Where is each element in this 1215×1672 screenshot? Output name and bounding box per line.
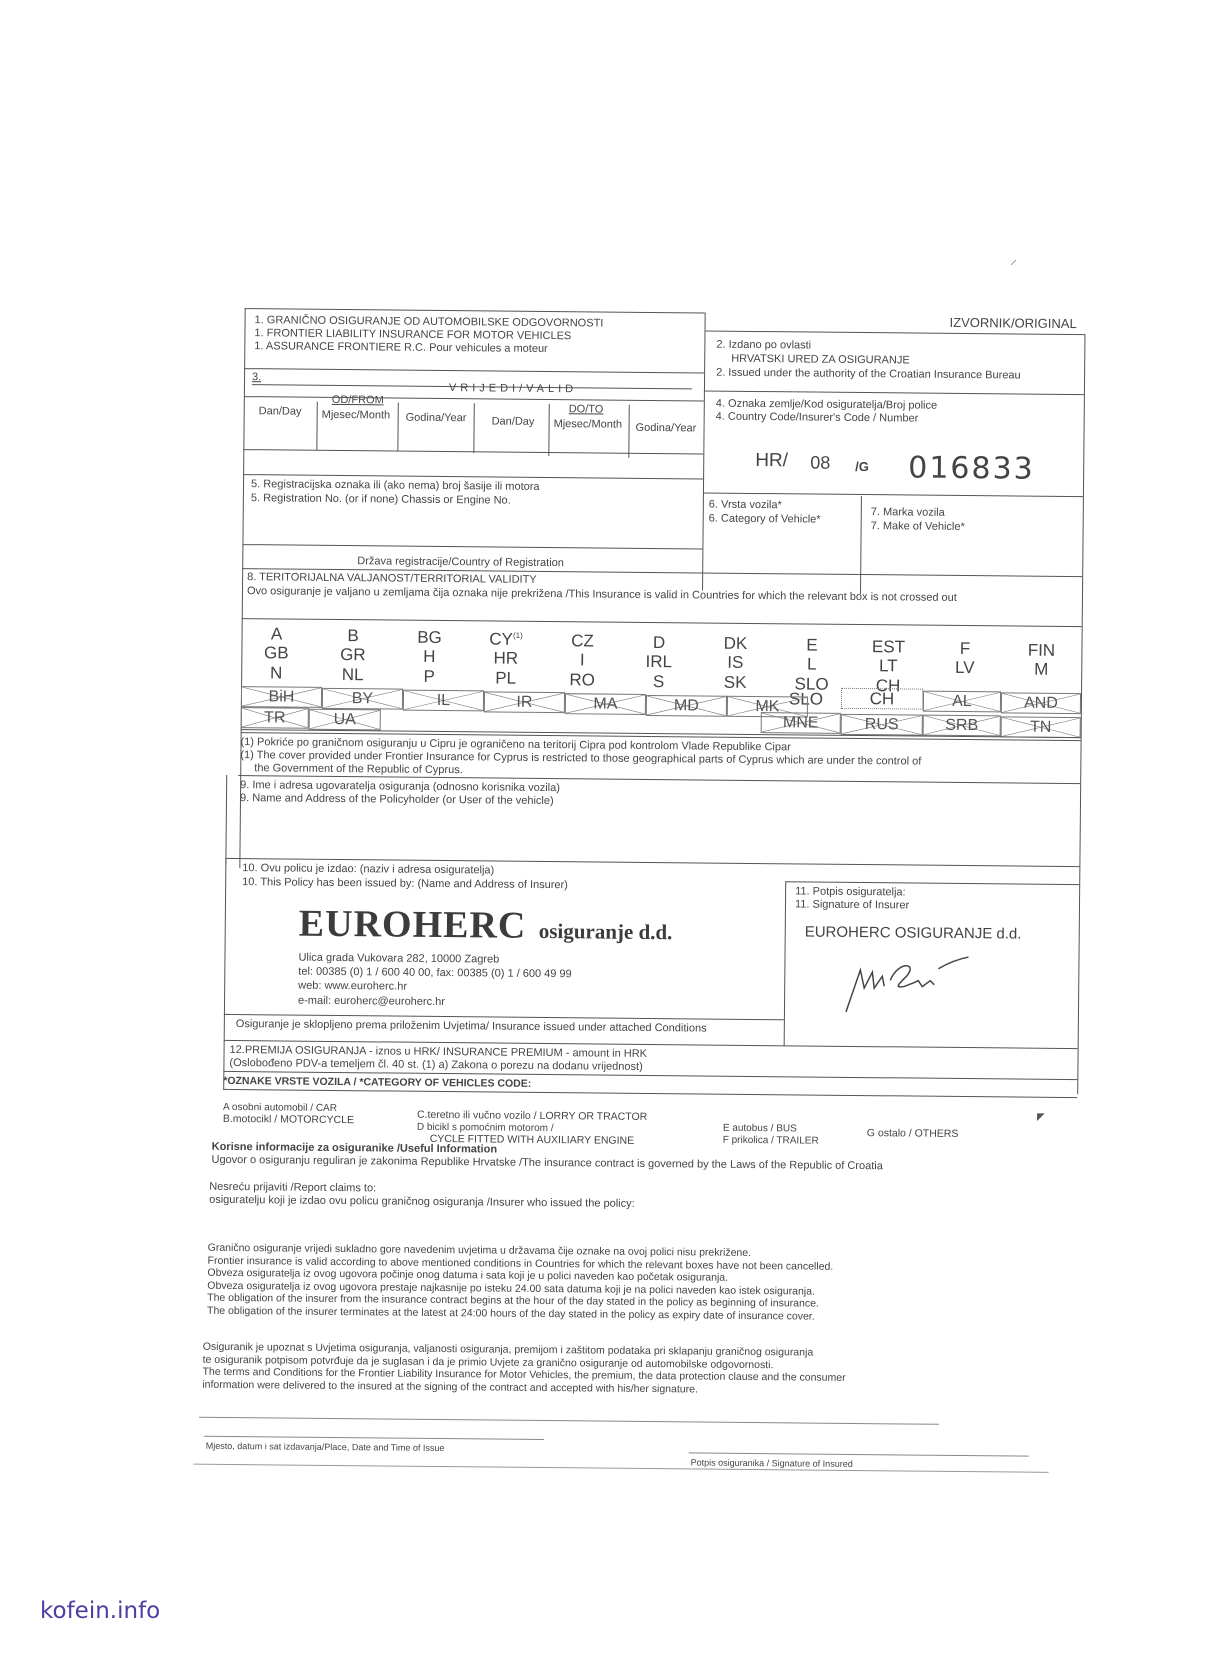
validity-field-no: 3. — [252, 371, 261, 384]
country-code: B — [323, 626, 383, 647]
country-code: BG — [399, 627, 459, 648]
vehicle-code-g: G ostalo / OTHERS — [867, 1127, 959, 1141]
excluded-country-code: BY — [323, 690, 402, 709]
excluded-country-code: MD — [647, 696, 726, 715]
policy-number: 016833 — [908, 450, 1035, 486]
from-year-label: Godina/Year — [406, 412, 467, 426]
country-code: EST — [858, 637, 918, 658]
country-code: IRL — [629, 651, 689, 672]
policyholder-label-en: 9. Name and Address of the Policyholder … — [240, 792, 554, 808]
excluded-country-box: AL — [923, 691, 1001, 713]
insurer-address: Ulica grada Vukovara 282, 10000 Zagreb — [298, 952, 499, 967]
place-date-input[interactable] — [204, 1416, 544, 1439]
useful-info-law: Ugovor o osiguranju reguliran je zakonim… — [211, 1154, 882, 1173]
country-code: P — [399, 666, 459, 687]
excluded-country-box: BiH — [241, 686, 322, 708]
excluded-country-code: TN — [1002, 718, 1080, 737]
country-code: N — [246, 663, 306, 684]
country-code: HR — [476, 648, 536, 669]
country-code: CZ — [552, 631, 612, 652]
vehicle-category-input[interactable] — [708, 531, 854, 587]
vehicle-make-label-en: 7. Make of Vehicle* — [871, 520, 965, 534]
original-label: IZVORNIK/ORIGINAL — [950, 316, 1077, 331]
from-day-label: Dan/Day — [259, 405, 302, 418]
frontier-insurance-form: IZVORNIK/ORIGINAL 1. GRANIČNO OSIGURANJE… — [0, 0, 1215, 1672]
to-month-label: Mjesec/Month — [554, 418, 623, 432]
country-code: E — [782, 636, 842, 657]
registration-label-en: 5. Registration No. (or if none) Chassis… — [251, 492, 511, 507]
policy-series: /G — [855, 459, 869, 474]
insured-signature-input[interactable] — [689, 1430, 1029, 1455]
insurer-signature-label-en: 11. Signature of Insurer — [795, 898, 909, 912]
excluded-country-code: TR — [242, 709, 308, 728]
country-code: S — [629, 671, 689, 692]
country-code: I — [552, 650, 612, 671]
excluded-country-box: TN — [1001, 716, 1081, 738]
vehicle-code-b: B.motocikl / MOTORCYCLE — [223, 1113, 354, 1127]
terms-text: Osiguranik je upoznat s Uvjetima osigura… — [8, 0, 1215, 5]
arrow-icon: ◤ — [1037, 1112, 1045, 1123]
territorial-title: 8. TERITORIJALNA VALJANOST/TERRITORIAL V… — [247, 571, 537, 587]
excluded-country-box: MD — [646, 694, 727, 716]
insurer-signature-icon — [838, 950, 999, 1022]
excluded-country-code: RUS — [842, 716, 922, 735]
insurer-phone: tel: 00385 (0) 1 / 600 40 00, fax: 00385… — [298, 966, 571, 982]
insurer-signature-label-hr: 11. Potpis osiguratelja: — [795, 885, 906, 899]
title-line-fr: 1. ASSURANCE FRONTIERE R.C. Pour vehicul… — [254, 340, 548, 356]
authority-line-3: 2. Issued under the authority of the Cro… — [716, 367, 1021, 383]
from-month-label: Mjesec/Month — [322, 409, 391, 423]
signature-company: EUROHERC OSIGURANJE d.d. — [805, 923, 1022, 942]
country-code: M — [1011, 659, 1071, 680]
excluded-country-code: UA — [310, 711, 380, 730]
country-code: SK — [705, 673, 765, 694]
country-code: RO — [552, 670, 612, 691]
excluded-country-box: RUS — [841, 714, 923, 736]
country-code: CY(1) — [476, 629, 536, 650]
territorial-description: Ovo osiguranje je valjano u zemljama čij… — [247, 585, 957, 605]
euroherc-logo: EUROHERC osiguranje d.d. — [299, 902, 673, 950]
excluded-country-code: AL — [924, 693, 1000, 712]
country-code: GR — [323, 645, 383, 666]
policy-insurer-code: 08 — [810, 453, 830, 474]
excluded-country-box: BY — [322, 688, 403, 710]
vehicle-category-label-en: 6. Category of Vehicle* — [709, 513, 821, 527]
authority-line-1: 2. Izdano po ovlasti — [716, 339, 811, 353]
excluded-country-code: AND — [1002, 694, 1080, 713]
excluded-country-box: IL — [403, 689, 484, 711]
validity-to-label: DO/TO — [569, 403, 604, 416]
excluded-country-code: BiH — [242, 688, 321, 707]
country-code: GB — [246, 643, 306, 664]
watermark: kofein.info — [40, 1598, 160, 1624]
country-of-registration-label: Država registracije/Country of Registrat… — [357, 555, 564, 570]
excluded-country-box: IR — [484, 691, 565, 713]
validity-title: VRIJEDI/VALID — [449, 382, 577, 396]
insurer-conditions: Osiguranje je sklopljeno prema priloženi… — [236, 1018, 707, 1036]
premium-input[interactable] — [697, 1048, 1067, 1076]
excluded-country-box: AND — [1001, 692, 1081, 714]
excluded-country-box: SRB — [923, 715, 1001, 737]
validity-conditions-text: Granično osiguranje vrijedi sukladno gor… — [8, 0, 1215, 5]
country-code: LT — [858, 656, 918, 677]
authority-line-2: HRVATSKI URED ZA OSIGURANJE — [731, 353, 910, 368]
excluded-country-code: IR — [485, 693, 564, 712]
excluded-country-box: UA — [309, 709, 381, 731]
logo-sub: osiguranje d.d. — [539, 919, 673, 944]
country-code: DK — [705, 634, 765, 655]
vehicle-category-label-hr: 6. Vrsta vozila* — [709, 499, 782, 513]
policy-country: HR/ — [755, 450, 788, 472]
country-code: PL — [476, 668, 536, 689]
vehicle-make-label-hr: 7. Marka vozila — [871, 506, 945, 520]
useful-info-claims-insurer: osiguratelju koji je izdao ovu policu gr… — [209, 1194, 635, 1211]
policy-number-label-en: 4. Country Code/Insurer's Code / Number — [716, 411, 919, 426]
excluded-country-code: IL — [404, 691, 483, 710]
insurer-label-en: 10. This Policy has been issued by: (Nam… — [242, 876, 568, 892]
vehicle-make-input[interactable] — [868, 536, 1073, 590]
country-code: FIN — [1011, 640, 1071, 661]
registration-label-hr: 5. Registracijska oznaka ili (ako nema) … — [251, 478, 540, 494]
country-code: NL — [323, 665, 383, 686]
country-code: F — [935, 639, 995, 660]
excluded-country-box: TR — [241, 707, 309, 729]
logo-name: EUROHERC — [299, 903, 527, 947]
country-code: L — [782, 655, 842, 676]
excluded-country-code: MA — [566, 695, 645, 714]
country-code: LV — [935, 658, 995, 679]
to-day-label: Dan/Day — [492, 415, 535, 428]
excluded-country-box: MA — [565, 693, 646, 715]
insurer-label-hr: 10. Ovu policu je izdao: (naziv i adresa… — [242, 862, 494, 877]
country-code: A — [246, 624, 306, 645]
place-date-label: Mjesto, datum i sat izdavanja/Place, Dat… — [206, 1440, 445, 1455]
insurer-web: web: www.euroherc.hr — [298, 980, 407, 994]
validity-date-inputs[interactable] — [251, 429, 691, 451]
policyholder-input[interactable] — [239, 808, 1069, 860]
registration-input[interactable] — [250, 508, 690, 542]
vehicle-code-f: F prikolica / TRAILER — [723, 1134, 819, 1148]
excluded-countries-grid: BiHBYILIRMAMDMKALANDTRUAMNERUSSRBTN — [8, 0, 1215, 5]
excluded-country-code: MNE — [762, 714, 840, 733]
excluded-country-box: MNE — [761, 712, 841, 734]
country-code: H — [399, 646, 459, 667]
country-code: D — [629, 632, 689, 653]
insurer-email: e-mail: euroherc@euroherc.hr — [298, 995, 445, 1009]
excluded-country-code: SRB — [924, 717, 1000, 736]
validity-from-label: OD/FROM — [332, 394, 384, 407]
country-code: CH — [841, 688, 923, 710]
valid-countries-grid: AGBNBGRNLBGHPCY(1)HRPLCZIRODIRLSDKISSKEL… — [8, 0, 1215, 5]
country-code: IS — [705, 653, 765, 674]
